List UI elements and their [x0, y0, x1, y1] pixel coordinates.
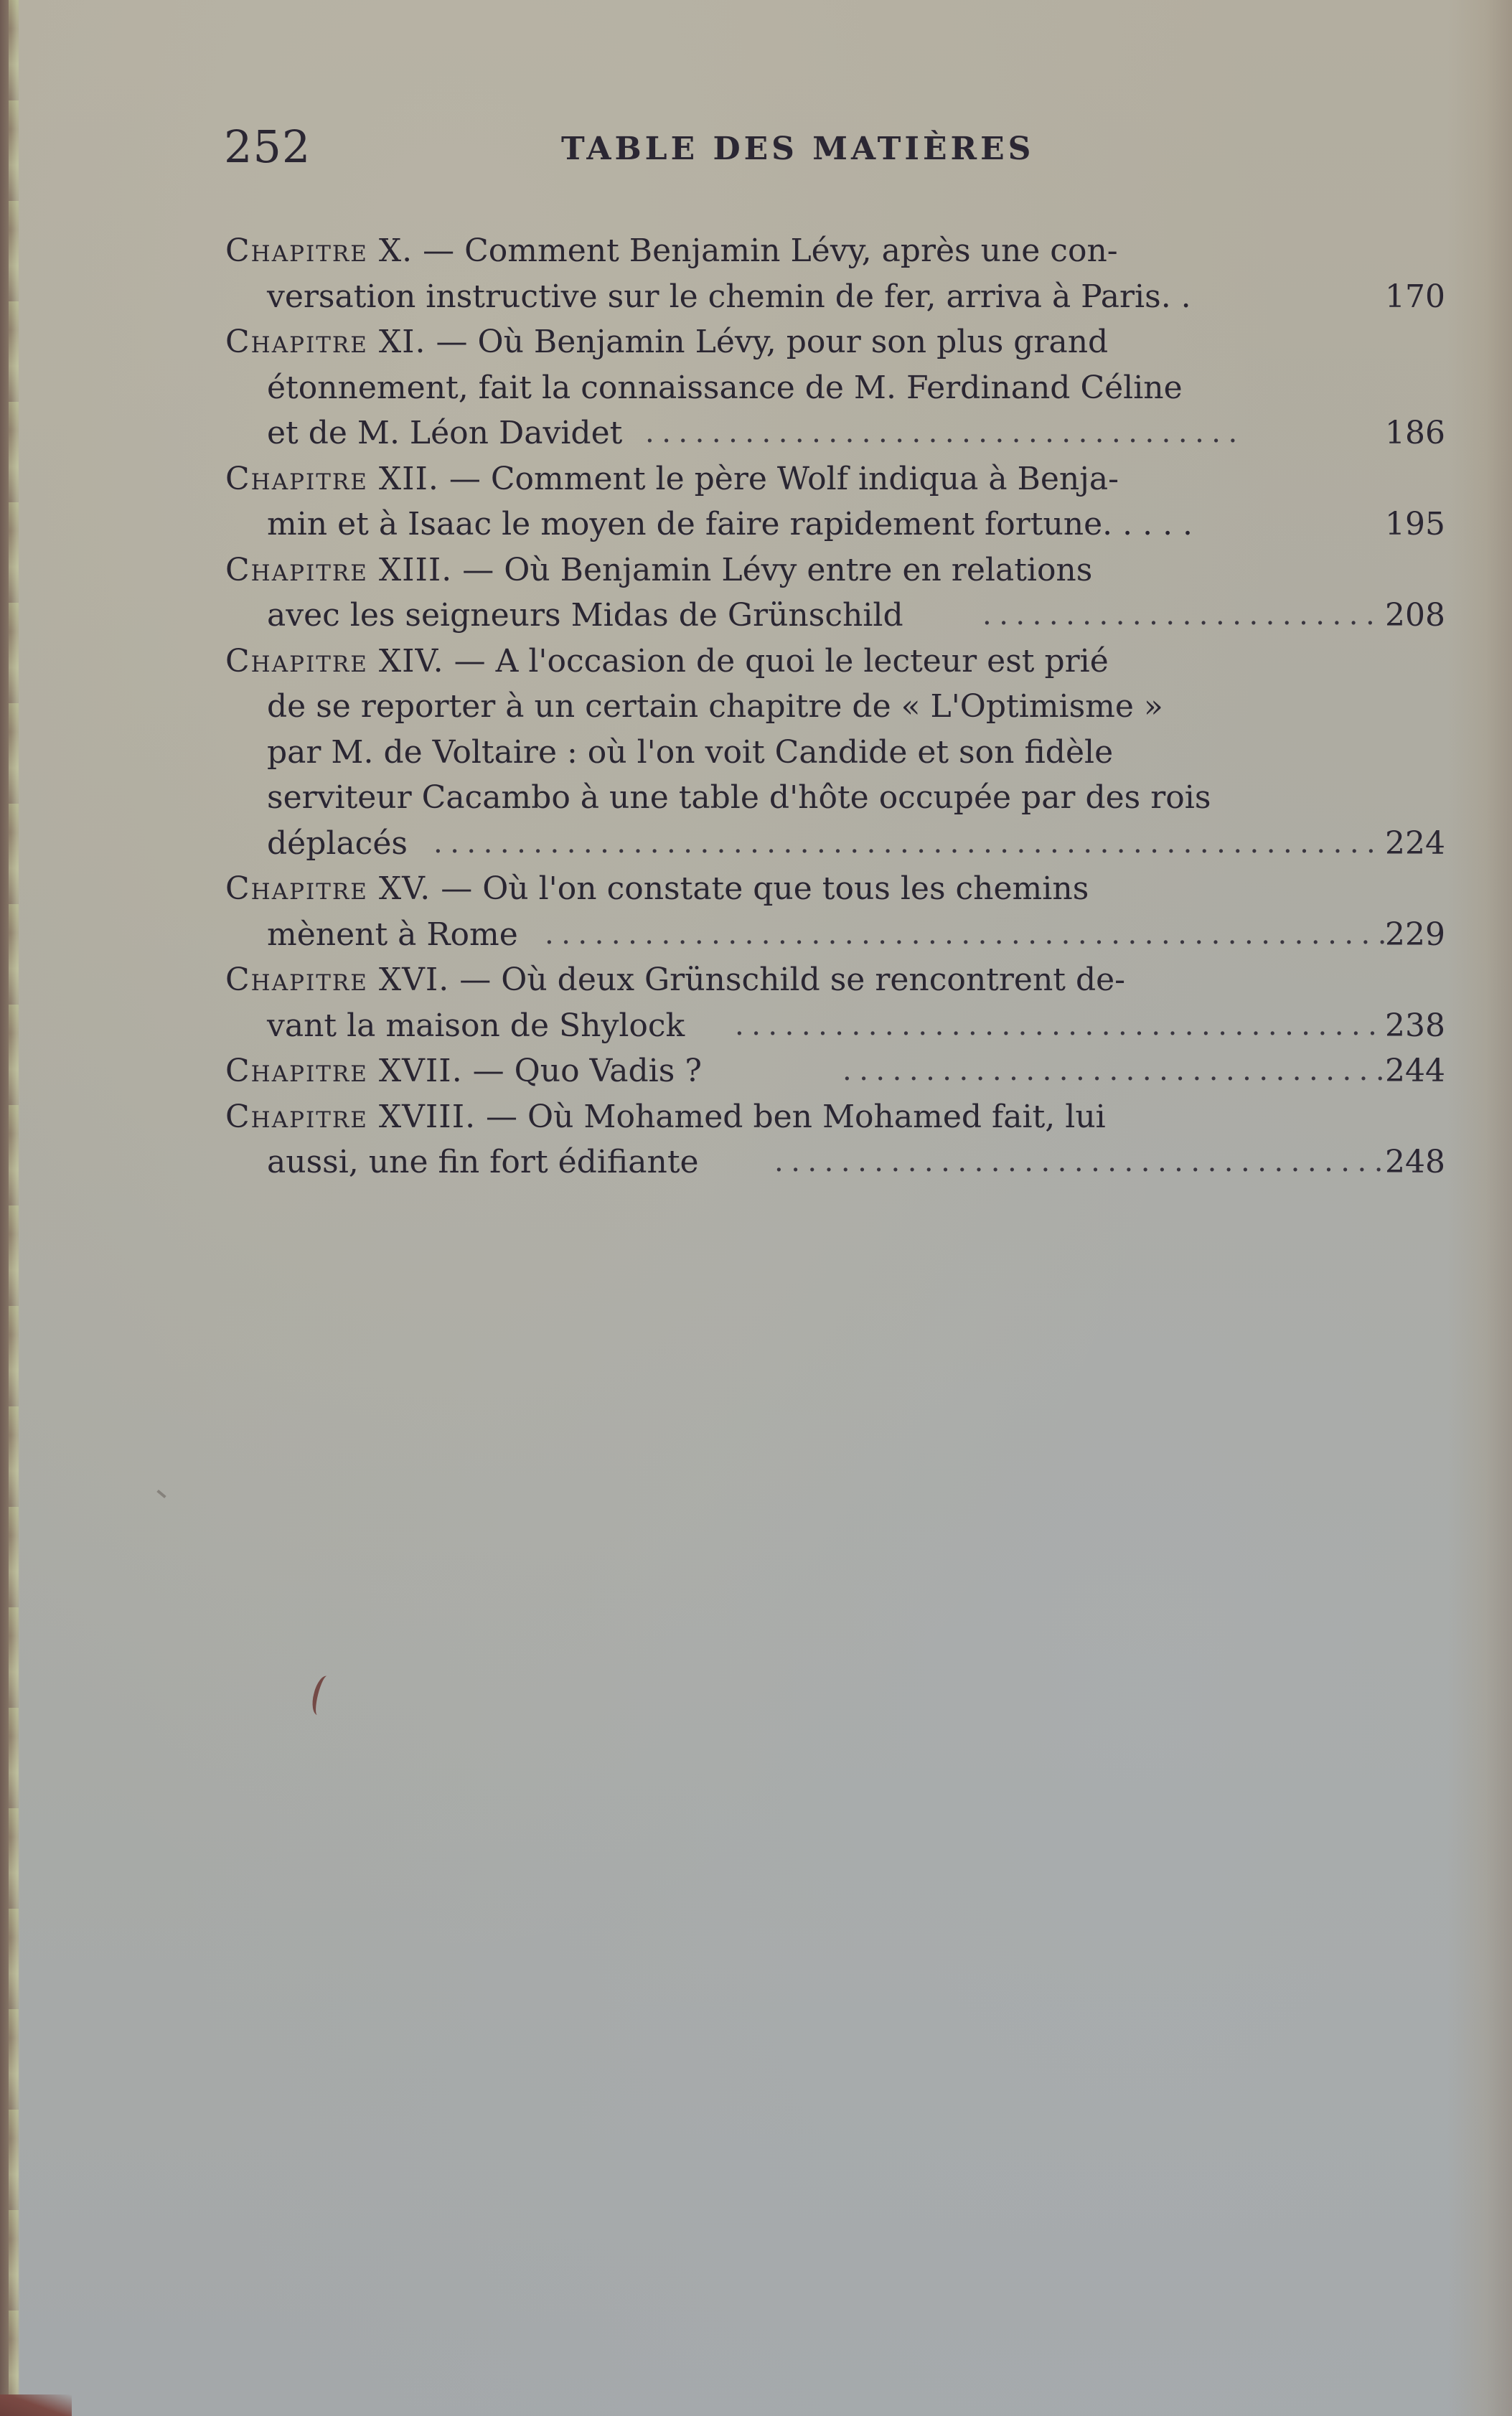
- chapter-title-start: — Où Benjamin Lévy entre en relations: [452, 552, 1092, 588]
- chapter-title-cont: étonnement, fait la connaissance de M. F…: [225, 365, 1183, 411]
- chapter-title-start: — Quo Vadis ?: [463, 1053, 702, 1089]
- paper-blemish: [156, 1490, 166, 1498]
- chapter-title-cont: déplacés: [225, 821, 408, 867]
- dot-leaders: ........................................…: [774, 1139, 1384, 1185]
- chapter-title-cont: par M. de Voltaire : où l'on voit Candid…: [225, 730, 1113, 776]
- chapter-title-cont: de se reporter à un certain chapitre de …: [225, 684, 1163, 730]
- toc-entry-chapter-xii: Chapitre XII. — Comment le père Wolf ind…: [225, 456, 1445, 547]
- chapter-label: Chapitre: [225, 1053, 368, 1089]
- entry-first-line: Chapitre XVII. — Quo Vadis ?: [225, 1048, 702, 1094]
- page-ref: 229: [1366, 912, 1445, 958]
- chapter-numeral: XVII.: [368, 1053, 463, 1089]
- toc-entry-chapter-xvi: Chapitre XVI. — Où deux Grünschild se re…: [225, 957, 1445, 1048]
- chapter-numeral: XIII.: [368, 552, 452, 588]
- page-ref: 186: [1366, 410, 1445, 456]
- entry-first-line: Chapitre XIII. — Où Benjamin Lévy entre …: [225, 547, 1092, 593]
- chapter-numeral: XIV.: [368, 643, 444, 680]
- chapter-title-start: — Comment le père Wolf indiqua à Benja-: [439, 461, 1119, 497]
- page: 252 TABLE DES MATIÈRES Chapitre X. — Com…: [0, 0, 1512, 2416]
- book-page-photo: 252 TABLE DES MATIÈRES Chapitre X. — Com…: [0, 0, 1512, 2416]
- chapter-label: Chapitre: [225, 461, 368, 497]
- chapter-title-cont: mènent à Rome: [225, 912, 518, 958]
- chapter-title-cont: avec les seigneurs Midas de Grünschild: [225, 593, 903, 639]
- page-ref: 170: [1366, 274, 1445, 320]
- toc-entry-chapter-xviii: Chapitre XVIII. — Où Mohamed ben Mohamed…: [225, 1094, 1445, 1185]
- chapter-title-cont: versation instructive sur le chemin de f…: [225, 274, 1191, 320]
- chapter-title-start: — Où l'on constate que tous les chemins: [431, 870, 1089, 907]
- entry-first-line: Chapitre X. — Comment Benjamin Lévy, apr…: [225, 228, 1118, 274]
- chapter-numeral: XV.: [368, 870, 431, 907]
- entry-first-line: Chapitre XII. — Comment le père Wolf ind…: [225, 456, 1119, 502]
- page-ref: 208: [1366, 593, 1445, 639]
- page-ref: 238: [1366, 1003, 1445, 1049]
- page-number: 252: [224, 121, 311, 173]
- entry-first-line: Chapitre XI. — Où Benjamin Lévy, pour so…: [225, 319, 1108, 365]
- page-ref: 244: [1366, 1048, 1445, 1094]
- ink-stain-mark: [309, 1674, 336, 1717]
- chapter-numeral: XI.: [368, 324, 426, 360]
- chapter-title-cont: aussi, une fin fort édifiante: [225, 1139, 699, 1185]
- toc-entry-chapter-xi: Chapitre XI. — Où Benjamin Lévy, pour so…: [225, 319, 1445, 456]
- chapter-title-start: — Comment Benjamin Lévy, après une con-: [413, 232, 1118, 269]
- toc-entry-chapter-xv: Chapitre XV. — Où l'on constate que tous…: [225, 866, 1445, 957]
- toc-entry-chapter-xiv: Chapitre XIV. — A l'occasion de quoi le …: [225, 639, 1445, 867]
- dot-leaders: ....................................: [645, 410, 1384, 456]
- dot-leaders: ........................................…: [842, 1048, 1384, 1094]
- chapter-label: Chapitre: [225, 232, 368, 269]
- running-title: TABLE DES MATIÈRES: [561, 131, 1034, 167]
- chapter-label: Chapitre: [225, 1099, 368, 1135]
- chapter-numeral: XVIII.: [368, 1099, 476, 1135]
- chapter-title-start: — A l'occasion de quoi le lecteur est pr…: [444, 643, 1109, 680]
- chapter-title-start: — Où Mohamed ben Mohamed fait, lui: [476, 1099, 1106, 1135]
- toc-entry-chapter-xiii: Chapitre XIII. — Où Benjamin Lévy entre …: [225, 547, 1445, 639]
- chapter-label: Chapitre: [225, 552, 368, 588]
- entry-first-line: Chapitre XV. — Où l'on constate que tous…: [225, 866, 1089, 912]
- chapter-title-start: — Où Benjamin Lévy, pour son plus grand: [426, 324, 1109, 360]
- page-ref: 224: [1366, 821, 1445, 867]
- chapter-label: Chapitre: [225, 870, 368, 907]
- running-head: 252 TABLE DES MATIÈRES: [224, 121, 1444, 178]
- page-ref: 248: [1366, 1139, 1445, 1185]
- dot-leaders: ........................................…: [433, 821, 1384, 867]
- entry-first-line: Chapitre XVI. — Où deux Grünschild se re…: [225, 957, 1125, 1003]
- toc-entry-chapter-x: Chapitre X. — Comment Benjamin Lévy, apr…: [225, 228, 1445, 319]
- chapter-label: Chapitre: [225, 962, 368, 998]
- chapter-numeral: X.: [368, 232, 413, 269]
- chapter-title-start: — Où deux Grünschild se rencontrent de-: [449, 962, 1125, 998]
- chapter-title-cont: et de M. Léon Davidet: [225, 410, 622, 456]
- chapter-title-cont: vant la maison de Shylock: [225, 1003, 685, 1049]
- chapter-label: Chapitre: [225, 643, 368, 680]
- dot-leaders: ........................................…: [545, 912, 1384, 958]
- chapter-title-cont: min et à Isaac le moyen de faire rapidem…: [225, 502, 1193, 547]
- page-ref: 195: [1366, 502, 1445, 547]
- table-of-contents: Chapitre X. — Comment Benjamin Lévy, apr…: [225, 228, 1445, 1185]
- dot-leaders: ....................................: [982, 593, 1384, 639]
- chapter-numeral: XVI.: [368, 962, 449, 998]
- entry-first-line: Chapitre XVIII. — Où Mohamed ben Mohamed…: [225, 1094, 1106, 1140]
- entry-first-line: Chapitre XIV. — A l'occasion de quoi le …: [225, 639, 1109, 685]
- toc-entry-chapter-xvii: Chapitre XVII. — Quo Vadis ? ...........…: [225, 1048, 1445, 1094]
- chapter-title-cont: serviteur Cacambo à une table d'hôte occ…: [225, 775, 1211, 821]
- chapter-label: Chapitre: [225, 324, 368, 360]
- dot-leaders: ........................................…: [735, 1003, 1384, 1049]
- chapter-numeral: XII.: [368, 461, 439, 497]
